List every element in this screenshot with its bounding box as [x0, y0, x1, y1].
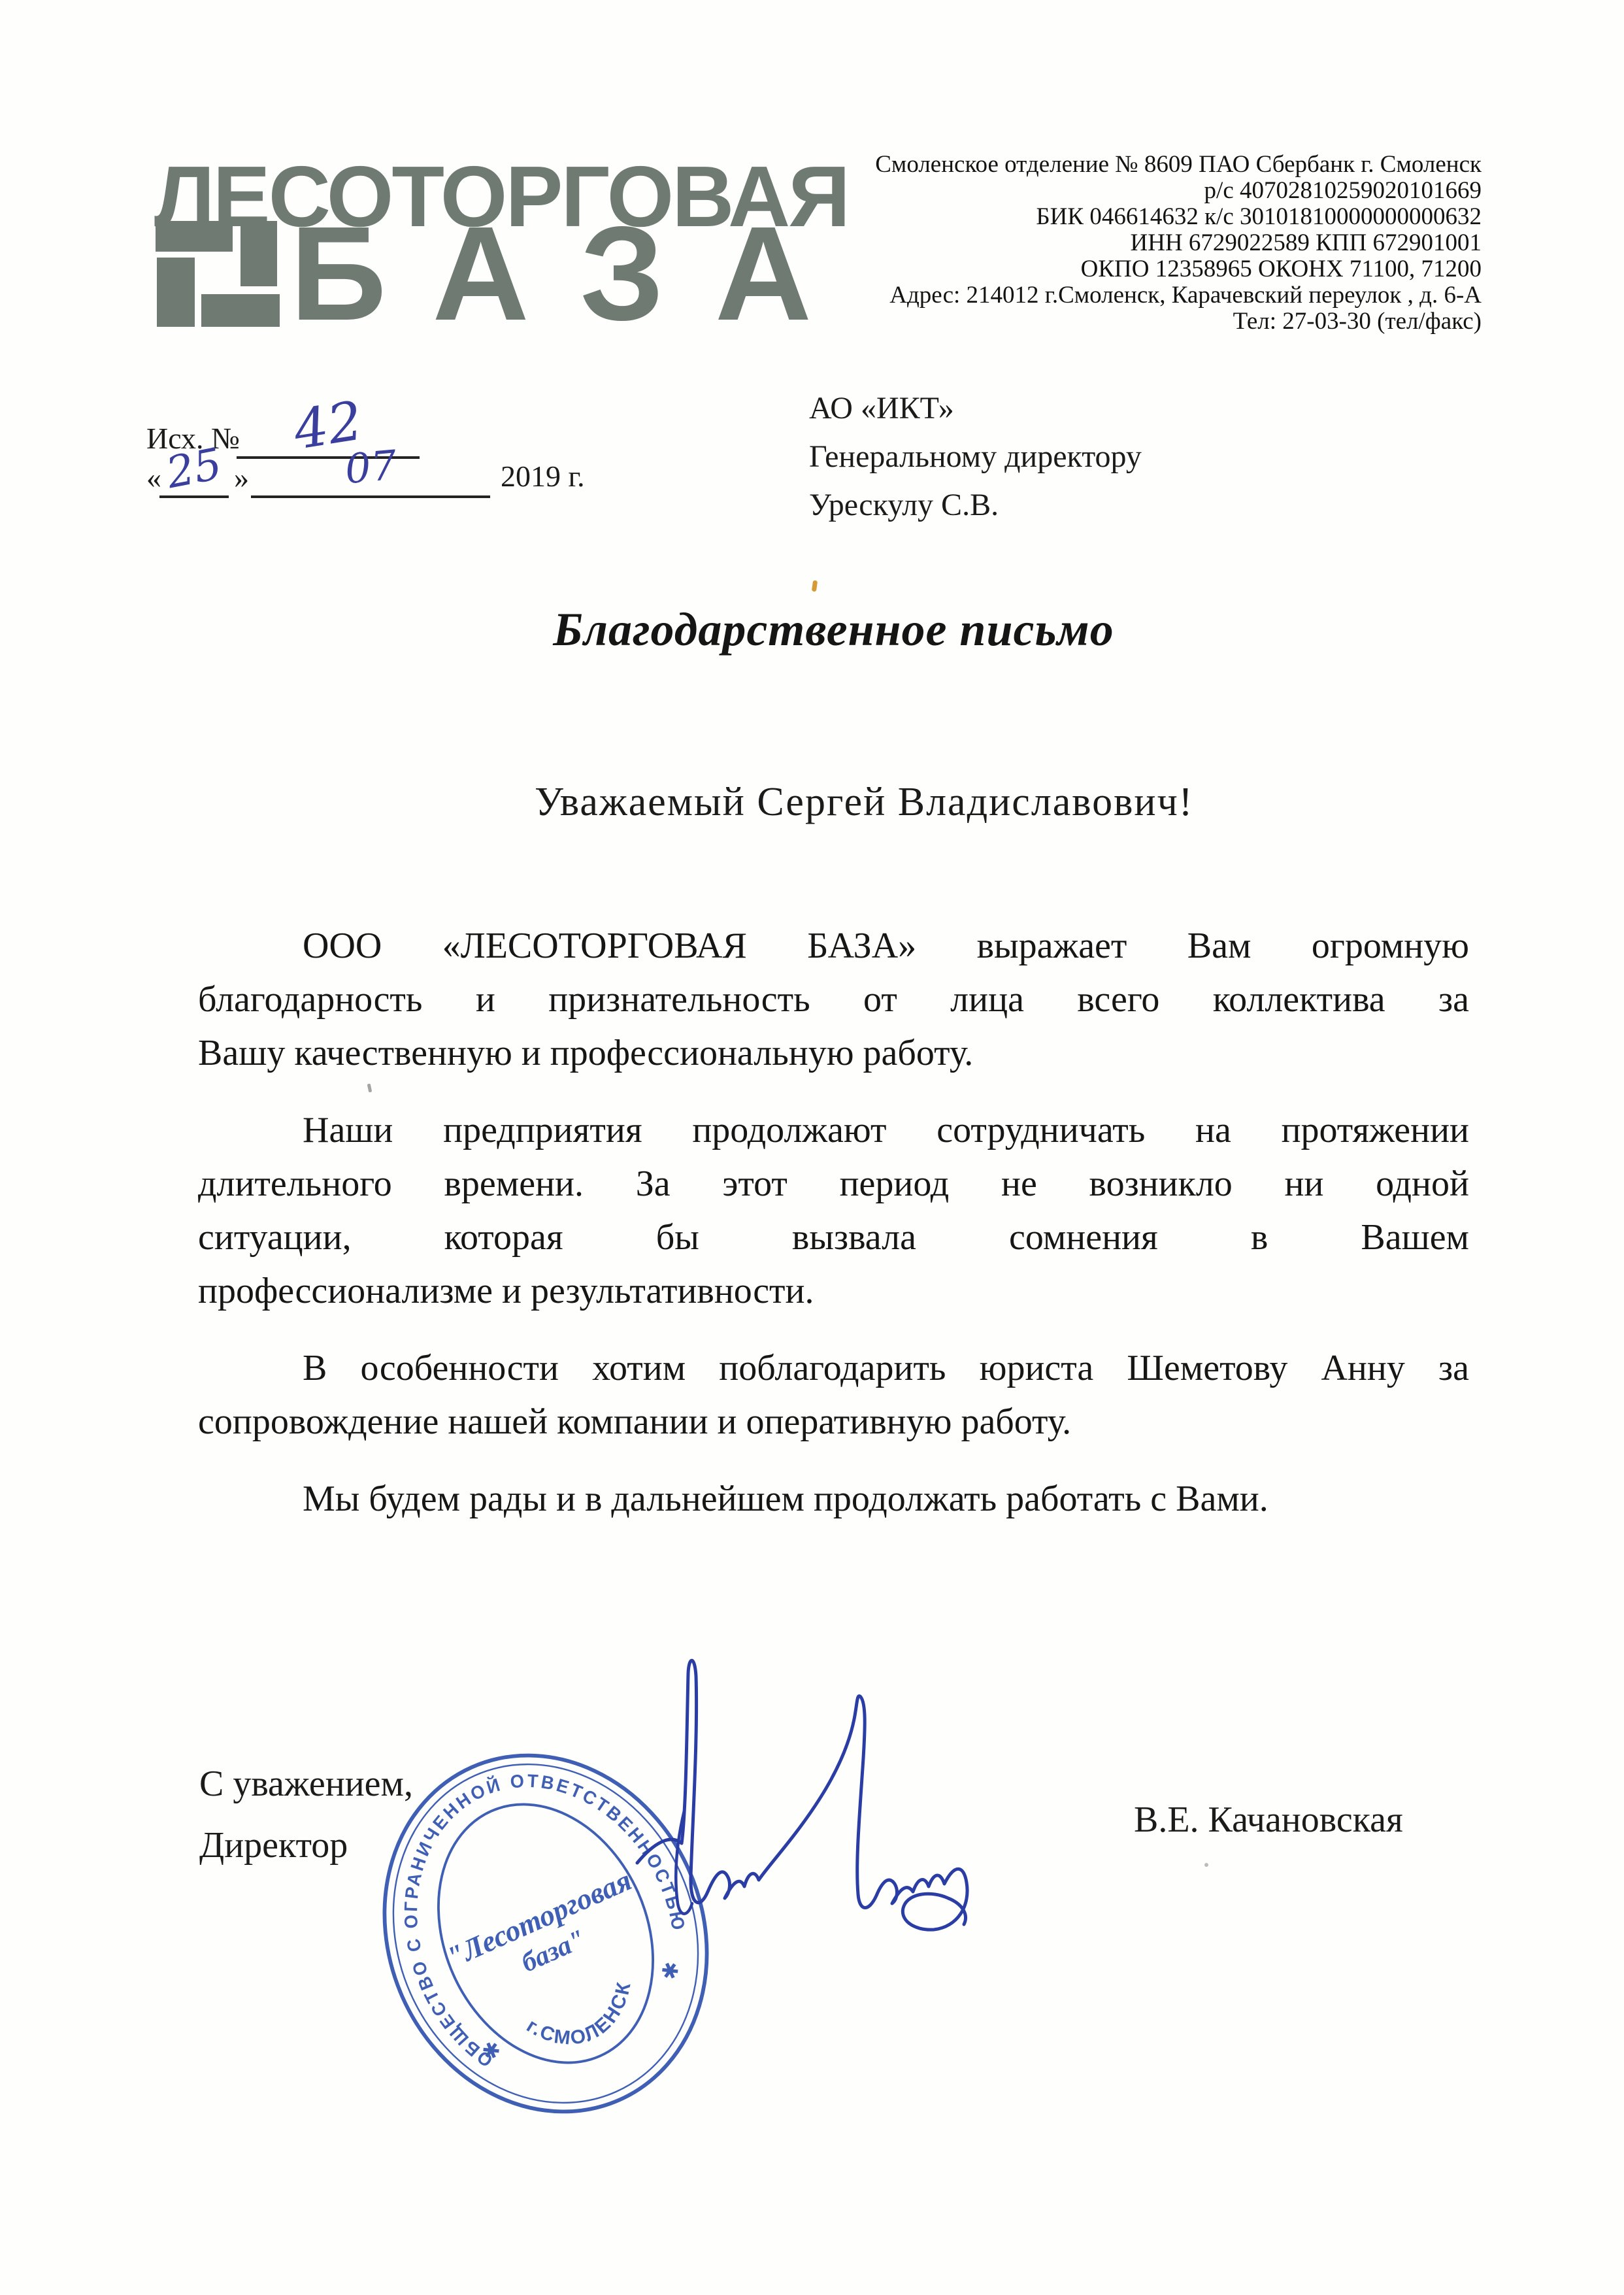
handwritten-day: 25 — [163, 440, 226, 498]
addressee-name: Урескулу С.В. — [809, 481, 1142, 529]
bank-line: БИК 046614632 к/с 30101810000000000632 — [665, 204, 1482, 230]
letter-page: ЛЕСОТОРГОВАЯ БАЗА Смоленское отделение №… — [0, 0, 1624, 2295]
body-line: В особенности хотим поблагодарить юриста… — [198, 1341, 1469, 1395]
scan-speck-orange — [812, 580, 818, 592]
body-line: Мы будем рады и в дальнейшем продолжать … — [198, 1472, 1469, 1526]
addressee-position: Генеральному директору — [809, 433, 1142, 481]
body-line: ситуации, которая бы вызвала сомнения в … — [198, 1211, 1469, 1264]
bank-line: Адрес: 214012 г.Смоленск, Карачевский пе… — [665, 282, 1482, 309]
addressee-block: АО «ИКТ» Генеральному директору Урескулу… — [809, 384, 1142, 529]
scan-speck-dot — [1204, 1863, 1208, 1867]
paragraph-3: В особенности хотим поблагодарить юриста… — [198, 1341, 1469, 1449]
body-line: длительного времени. За этот период не в… — [198, 1157, 1469, 1211]
bank-details: Смоленское отделение № 8609 ПАО Сбербанк… — [665, 152, 1482, 335]
close-quote: » — [234, 460, 249, 495]
svg-text:г.СМОЛЕНСК: г.СМОЛЕНСК — [518, 1972, 651, 2069]
bank-line: ИНН 6729022589 КПП 672901001 — [665, 230, 1482, 256]
month-underline: 07 — [251, 442, 490, 498]
addressee-company: АО «ИКТ» — [809, 384, 1142, 433]
bank-line: ОКПО 12358965 ОКОНХ 71100, 71200 — [665, 256, 1482, 282]
paragraph-2: Наши предприятия продолжают сотрудничать… — [198, 1103, 1469, 1318]
day-underline: 25 — [159, 444, 229, 498]
director-signature — [624, 1647, 984, 1935]
body-line: Наши предприятия продолжают сотрудничать… — [198, 1103, 1469, 1157]
bank-line: Смоленское отделение № 8609 ПАО Сбербанк… — [665, 152, 1482, 178]
paragraph-4: Мы будем рады и в дальнейшем продолжать … — [198, 1472, 1469, 1526]
letter-title: Благодарственное письмо — [198, 603, 1469, 657]
body-line: сопровождение нашей компании и оперативн… — [198, 1395, 1469, 1449]
body-line: профессионализме и результативности. — [198, 1264, 1469, 1318]
body-line: Вашу качественную и профессиональную раб… — [198, 1026, 1469, 1080]
bank-line: р/с 40702810259020101669 — [665, 178, 1482, 204]
year-label: 2019 г. — [501, 459, 585, 494]
body-line: благодарность и признательность от лица … — [198, 973, 1469, 1026]
stamp-city-text: г.СМОЛЕНСК — [518, 1972, 651, 2069]
pinwheel-bricks-icon — [156, 221, 280, 327]
bank-line: Тел: 27-03-30 (тел/факс) — [665, 309, 1482, 335]
director-name: В.Е. Качановская — [1134, 1799, 1403, 1841]
handwritten-month: 07 — [342, 440, 398, 495]
body-line: ООО «ЛЕСОТОРГОВАЯ БАЗА» выражает Вам огр… — [198, 919, 1469, 973]
greeting-line: Уважаемый Сергей Владиславович! — [535, 779, 1193, 826]
stamp-star-right: ✱ — [657, 1957, 684, 1986]
letter-body: ООО «ЛЕСОТОРГОВАЯ БАЗА» выражает Вам огр… — [198, 919, 1469, 1549]
paragraph-1: ООО «ЛЕСОТОРГОВАЯ БАЗА» выражает Вам огр… — [198, 919, 1469, 1080]
